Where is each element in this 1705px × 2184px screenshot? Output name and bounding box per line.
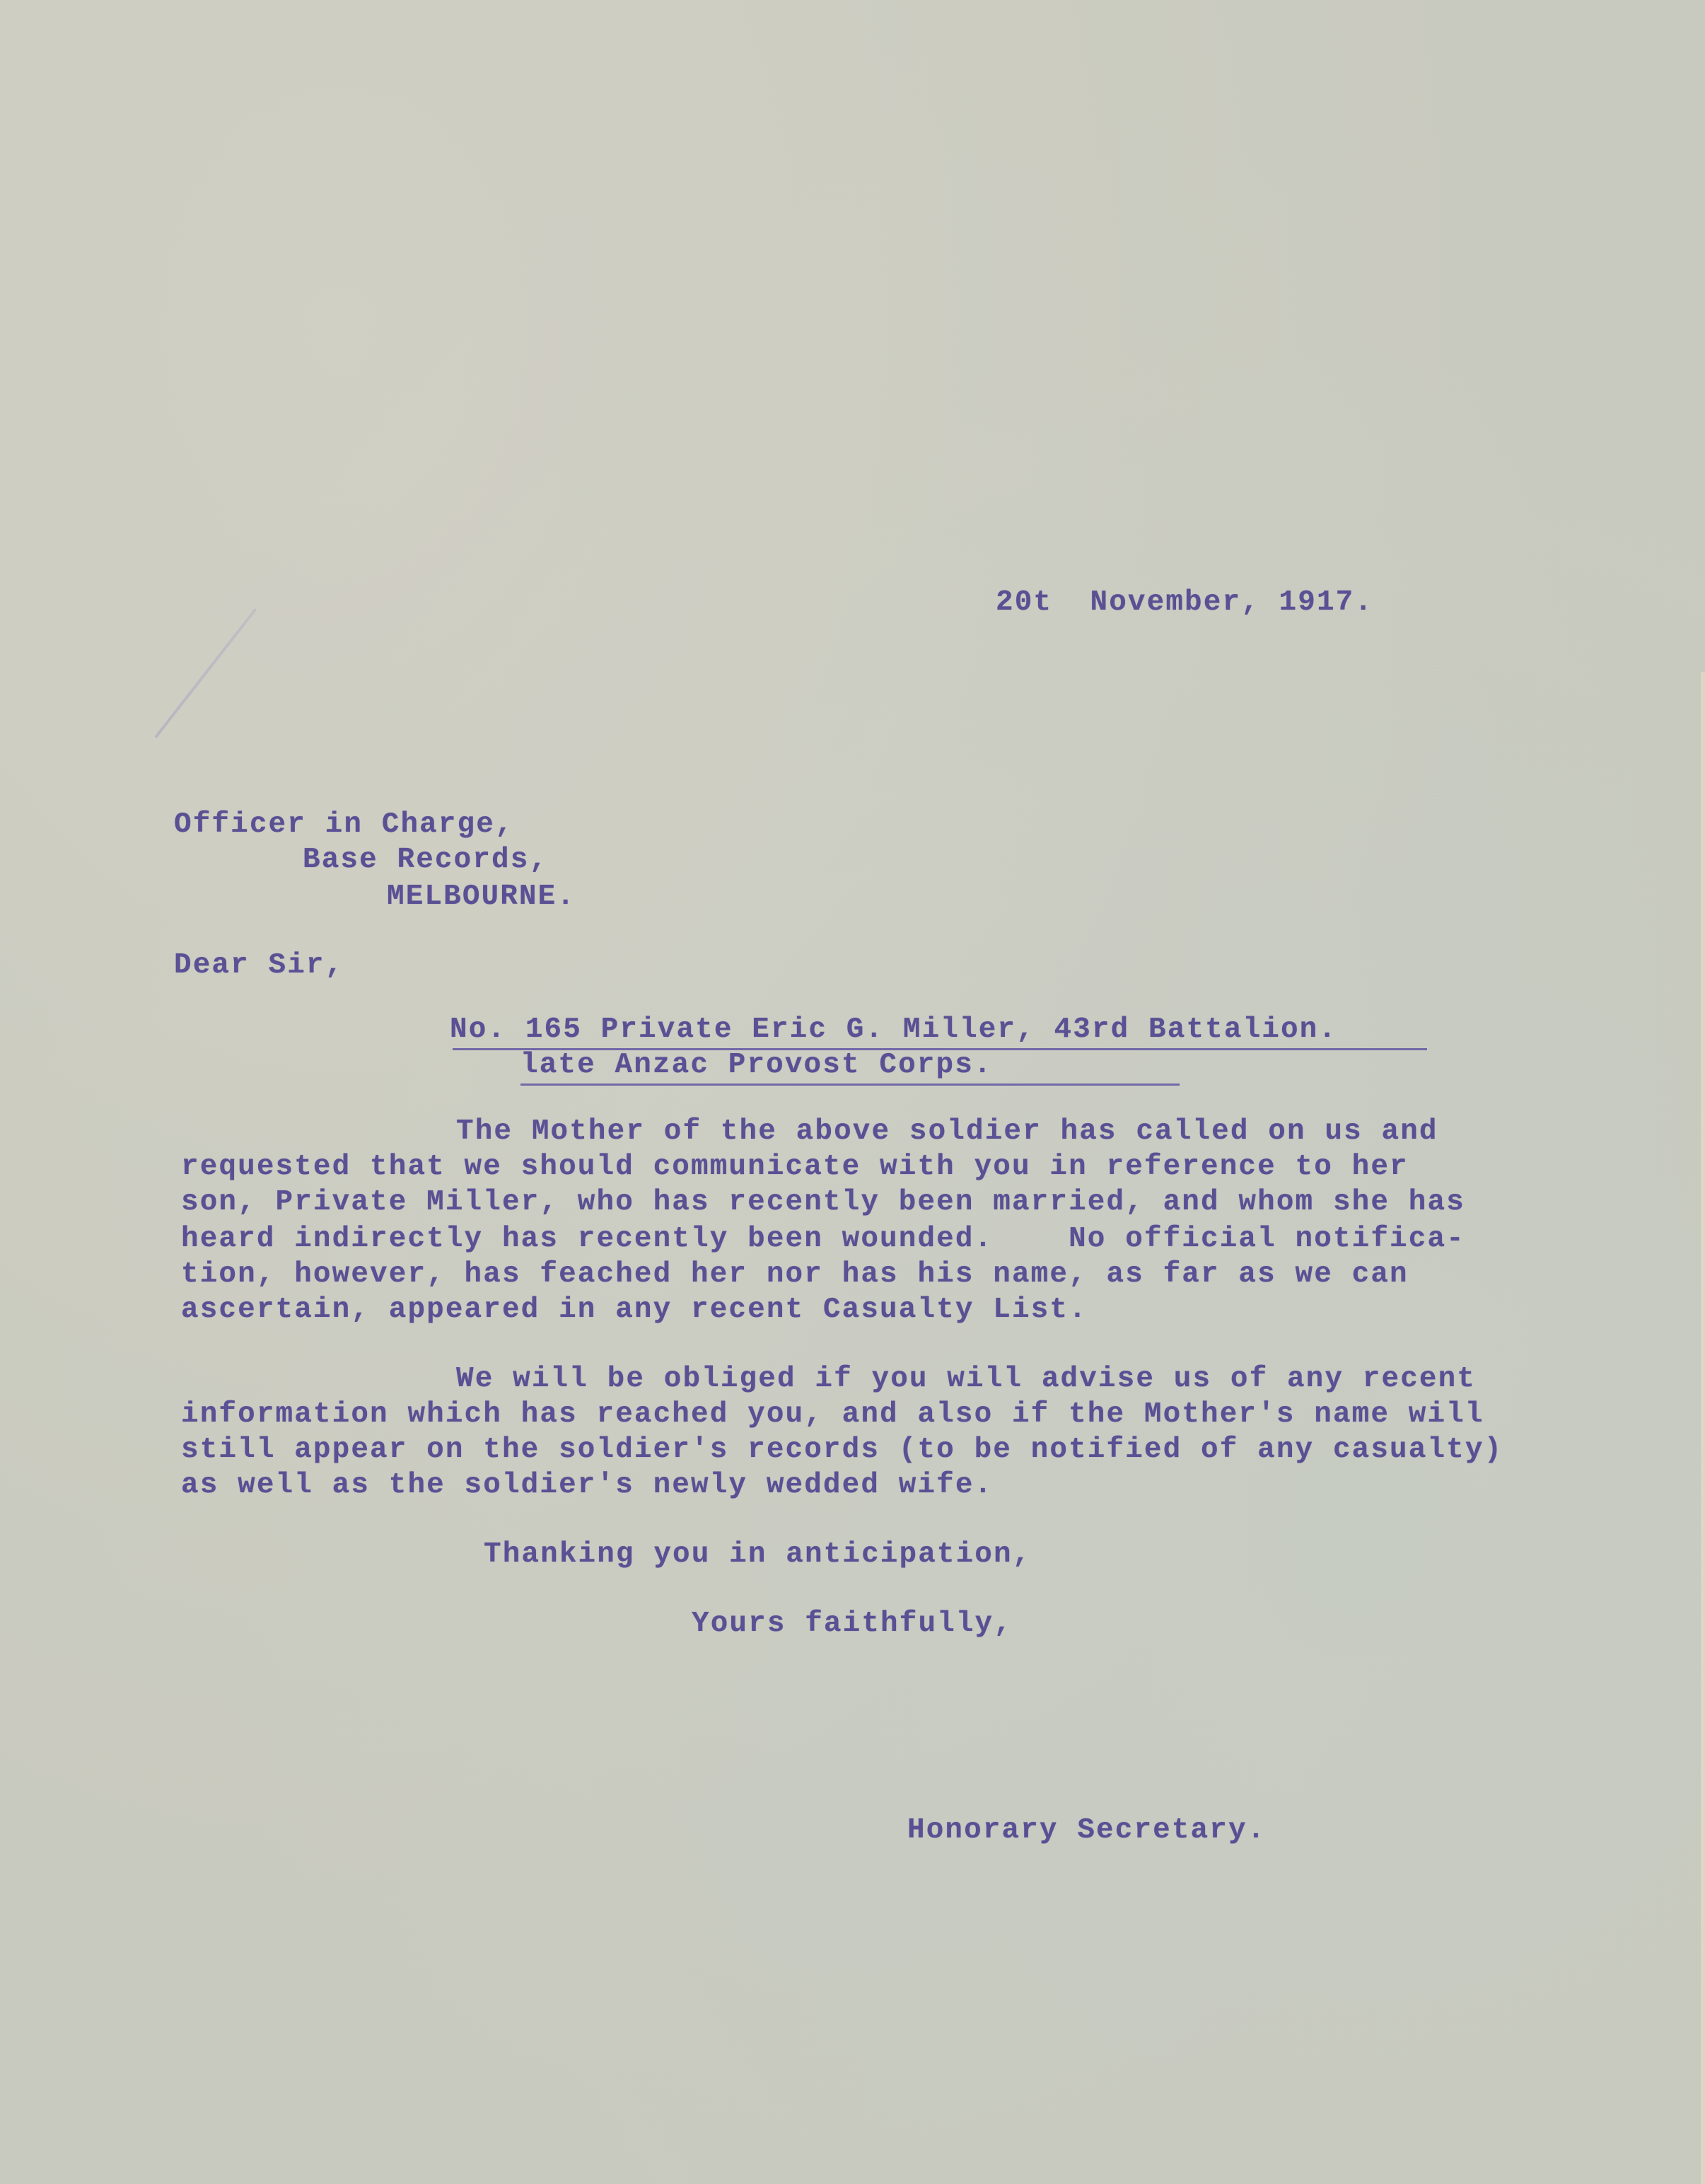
salutation: Dear Sir, [174, 951, 344, 980]
subject-line-1: No. 165 Private Eric G. Miller, 43rd Bat… [450, 1016, 1337, 1045]
paragraph-1-line: son, Private Miller, who has recently be… [181, 1188, 1465, 1217]
paper-crease-mark [154, 608, 257, 738]
subject-underline-2 [520, 1084, 1180, 1086]
paragraph-1-line: requested that we should communicate wit… [181, 1153, 1409, 1182]
signature-title: Honorary Secretary. [907, 1816, 1266, 1845]
closing-thanks: Thanking you in anticipation, [484, 1540, 1031, 1569]
closing-yours-faithfully: Yours faithfully, [692, 1610, 1013, 1639]
paragraph-1-line: The Mother of the above soldier has call… [456, 1117, 1438, 1146]
paragraph-2-line: We will be obliged if you will advise us… [456, 1365, 1476, 1394]
letter-date: 20t November, 1917. [996, 588, 1373, 617]
page-edge [1701, 672, 1705, 2184]
paragraph-1-line: heard indirectly has recently been wound… [181, 1225, 1465, 1254]
paragraph-2-line: as well as the soldier's newly wedded wi… [181, 1471, 993, 1500]
paragraph-2-line: information which has reached you, and a… [181, 1400, 1484, 1429]
paragraph-1-line: ascertain, appeared in any recent Casual… [181, 1296, 1088, 1325]
paragraph-1-line: tion, however, has feached her nor has h… [181, 1260, 1409, 1289]
paragraph-2-line: still appear on the soldier's records (t… [181, 1436, 1503, 1465]
recipient-line-2: Base Records, [303, 846, 548, 875]
recipient-line-3: MELBOURNE. [387, 883, 576, 912]
subject-line-2: late Anzac Provost Corps. [520, 1051, 993, 1080]
recipient-line-1: Officer in Charge, [174, 811, 514, 840]
